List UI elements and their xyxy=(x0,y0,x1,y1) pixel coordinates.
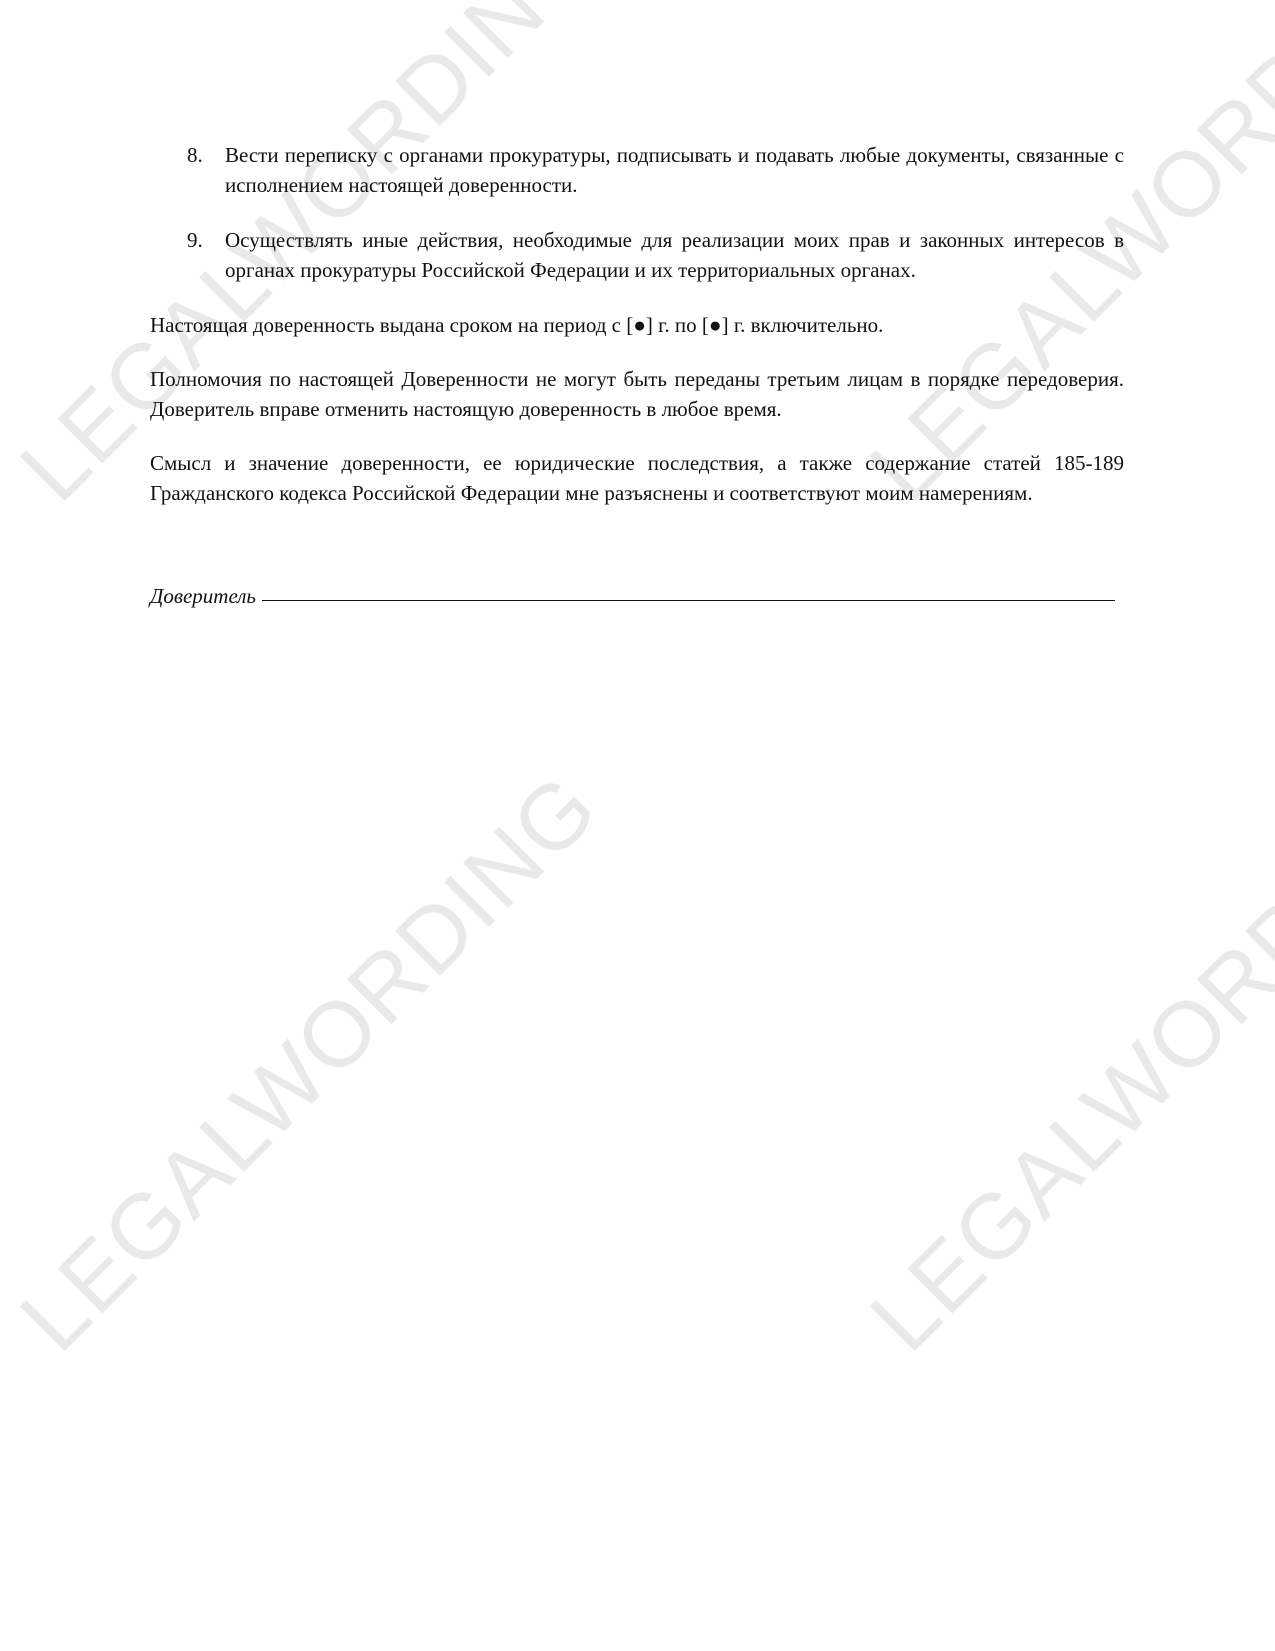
signature-label: Доверитель xyxy=(150,581,256,611)
document-body: 8. Вести переписку с органами прокуратур… xyxy=(150,140,1124,611)
list-item-number: 8. xyxy=(187,140,203,170)
powers-list: 8. Вести переписку с органами прокуратур… xyxy=(150,140,1124,285)
list-item-number: 9. xyxy=(187,225,203,255)
signature-line[interactable] xyxy=(262,578,1115,601)
list-item: 8. Вести переписку с органами прокуратур… xyxy=(150,140,1124,200)
watermark: LEGALWORDING xyxy=(855,758,1275,1367)
legal-consequences-paragraph: Смысл и значение доверенности, ее юридич… xyxy=(150,448,1124,508)
signature-block: Доверитель xyxy=(150,580,1115,611)
watermark: LEGALWORDING xyxy=(5,758,614,1367)
list-item: 9. Осуществлять иные действия, необходим… xyxy=(150,225,1124,285)
no-delegation-paragraph: Полномочия по настоящей Доверенности не … xyxy=(150,364,1124,424)
list-item-text: Вести переписку с органами прокуратуры, … xyxy=(225,143,1124,197)
validity-period-paragraph: Настоящая доверенность выдана сроком на … xyxy=(150,310,1124,340)
list-item-text: Осуществлять иные действия, необходимые … xyxy=(225,228,1124,282)
document-page: LEGALWORDING LEGALWORDING LEGALWORDING L… xyxy=(0,0,1275,1651)
